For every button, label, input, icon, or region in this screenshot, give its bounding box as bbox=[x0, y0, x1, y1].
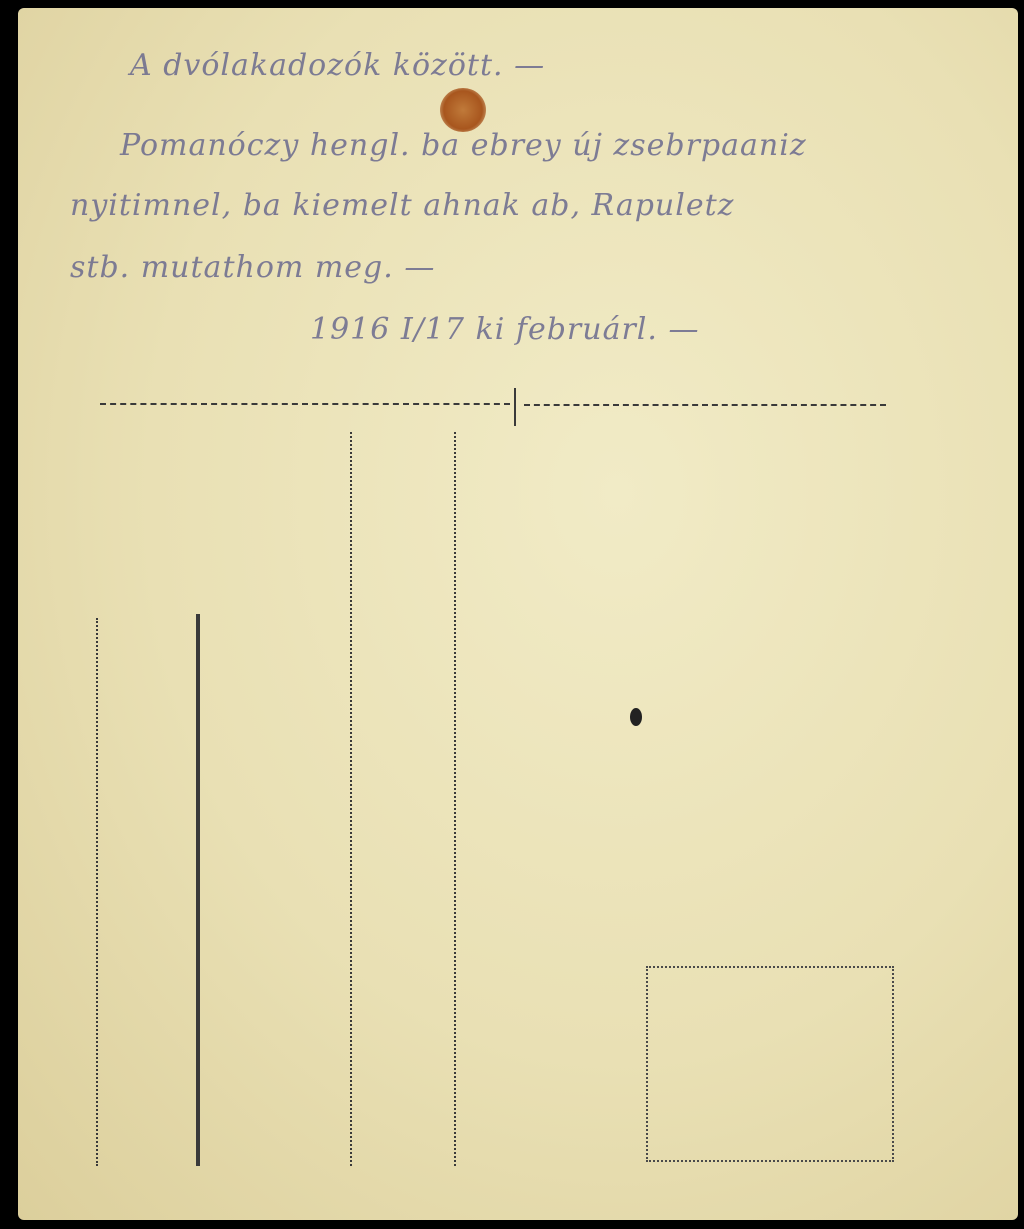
handwriting-line-1: A dvólakadozók között. — bbox=[130, 48, 545, 83]
stamp-box bbox=[646, 966, 894, 1162]
top-divider-right bbox=[524, 404, 886, 406]
address-line-4 bbox=[454, 432, 456, 1166]
handwriting-line-3: nyitimnel, ba kiemelt ahnak ab, Rapuletz bbox=[70, 188, 734, 223]
address-line-3 bbox=[350, 432, 352, 1166]
handwriting-date-line: 1916 I/17 ki februárl. — bbox=[310, 312, 699, 347]
top-divider-left bbox=[100, 403, 510, 405]
handwriting-line-4: stb. mutathom meg. — bbox=[70, 250, 435, 285]
ink-spot bbox=[630, 708, 642, 726]
center-tick bbox=[514, 388, 516, 426]
address-line-2 bbox=[196, 614, 200, 1166]
handwriting-line-2: Pomanóczy hengl. ba ebrey új zsebrpaaniz bbox=[120, 128, 807, 163]
address-line-1 bbox=[96, 618, 98, 1166]
rust-stain bbox=[440, 88, 486, 132]
